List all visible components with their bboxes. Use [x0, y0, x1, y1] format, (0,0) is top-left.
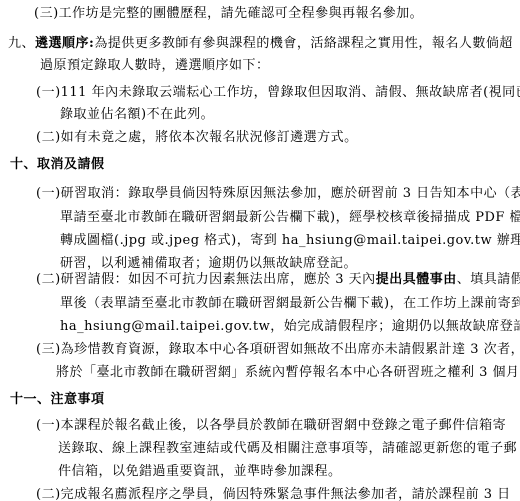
sec9-item1-line1: (一)111 年內未錄取云端耘心工作坊，曾錄取但因取消、請假、無故缺席者(視同已: [36, 85, 520, 101]
sec9-item1-line2: 錄取並佔名額)不在此列。: [60, 107, 214, 123]
sec10-item1-line1: (一)研習取消：錄取學員倘因特殊原因無法參加，應於研習前 3 日告知本中心（表: [36, 186, 520, 202]
sec10-heading: 十、取消及請假: [10, 157, 105, 173]
sec11-item2-line1: (二)完成報名薦派程序之學員，倘因特殊緊急事件無法參加者，請於課程前 3 日: [36, 487, 511, 501]
sec10-item2-bold: 提出具體事由: [376, 272, 457, 287]
sec10-item1-line2: 單請至臺北市教師在職研習網最新公告欄下載)，經學校核章後掃描成 PDF 檔或: [60, 210, 520, 226]
sec10-item2-text-a: (二)研習請假：如因不可抗力因素無法出席，應於 3 天內: [36, 272, 376, 287]
sec10-item2-line3: ha_hsiung@mail.taipei.gov.tw，始完成請假程序；逾期仍…: [60, 319, 520, 335]
sec9-line2: 過原預定錄取人數時，遴選順序如下：: [40, 58, 270, 74]
sec11-item1-line2: 送錄取、線上課程教室連結或代碼及相關注意事項等，請確認更新您的電子郵: [58, 441, 517, 457]
sec10-item2-line2: 單後（表單請至臺北市教師在職研習網最新公告欄下載)，在工作坊上課前寄到: [60, 296, 520, 312]
sec10-item2-text-b: 、填具請假: [457, 272, 520, 287]
sec10-item3-line2: 將於「臺北市教師在職研習網」系統內暫停報名本中心各研習班之權利 3 個月。: [56, 365, 520, 381]
sec11-item1-line1: (一)本課程於報名截止後，以各學員於教師在職研習網中登錄之電子郵件信箱寄: [36, 418, 506, 434]
sec10-item1-line4: 研習，以利遞補備取者；逾期仍以無故缺席登記。: [60, 256, 357, 272]
sec10-item1-line3: 轉成圖檔(.jpg 或.jpeg 格式)，寄到 ha_hsiung@mail.t…: [60, 233, 520, 249]
sec10-item2-line1: (二)研習請假：如因不可抗力因素無法出席，應於 3 天內提出具體事由、填具請假: [36, 272, 520, 288]
sec8-item3: (三)工作坊是完整的團體歷程，請先確認可全程參與再報名參加。: [34, 6, 423, 22]
sec9-heading-num: 九、: [8, 36, 35, 51]
sec11-heading: 十一、注意事項: [10, 392, 105, 408]
sec9-heading-text: 為提供更多教師有參與課程的機會，活絡課程之實用性，報名人數倘超: [94, 36, 513, 51]
sec9-heading-line: 九、遴選順序:為提供更多教師有參與課程的機會，活絡課程之實用性，報名人數倘超: [8, 36, 513, 52]
sec10-item3-line1: (三)為珍惜教育資源，錄取本中心各項研習如無故不出席亦未請假累計達 3 次者，: [36, 342, 520, 358]
sec11-item1-line3: 件信箱，以免錯過重要資訊，並準時參加課程。: [58, 464, 342, 480]
sec9-heading-title: 遴選順序:: [35, 36, 94, 51]
sec9-item2: (二)如有未竟之處，將依本次報名狀況修訂遴選方式。: [36, 130, 358, 146]
